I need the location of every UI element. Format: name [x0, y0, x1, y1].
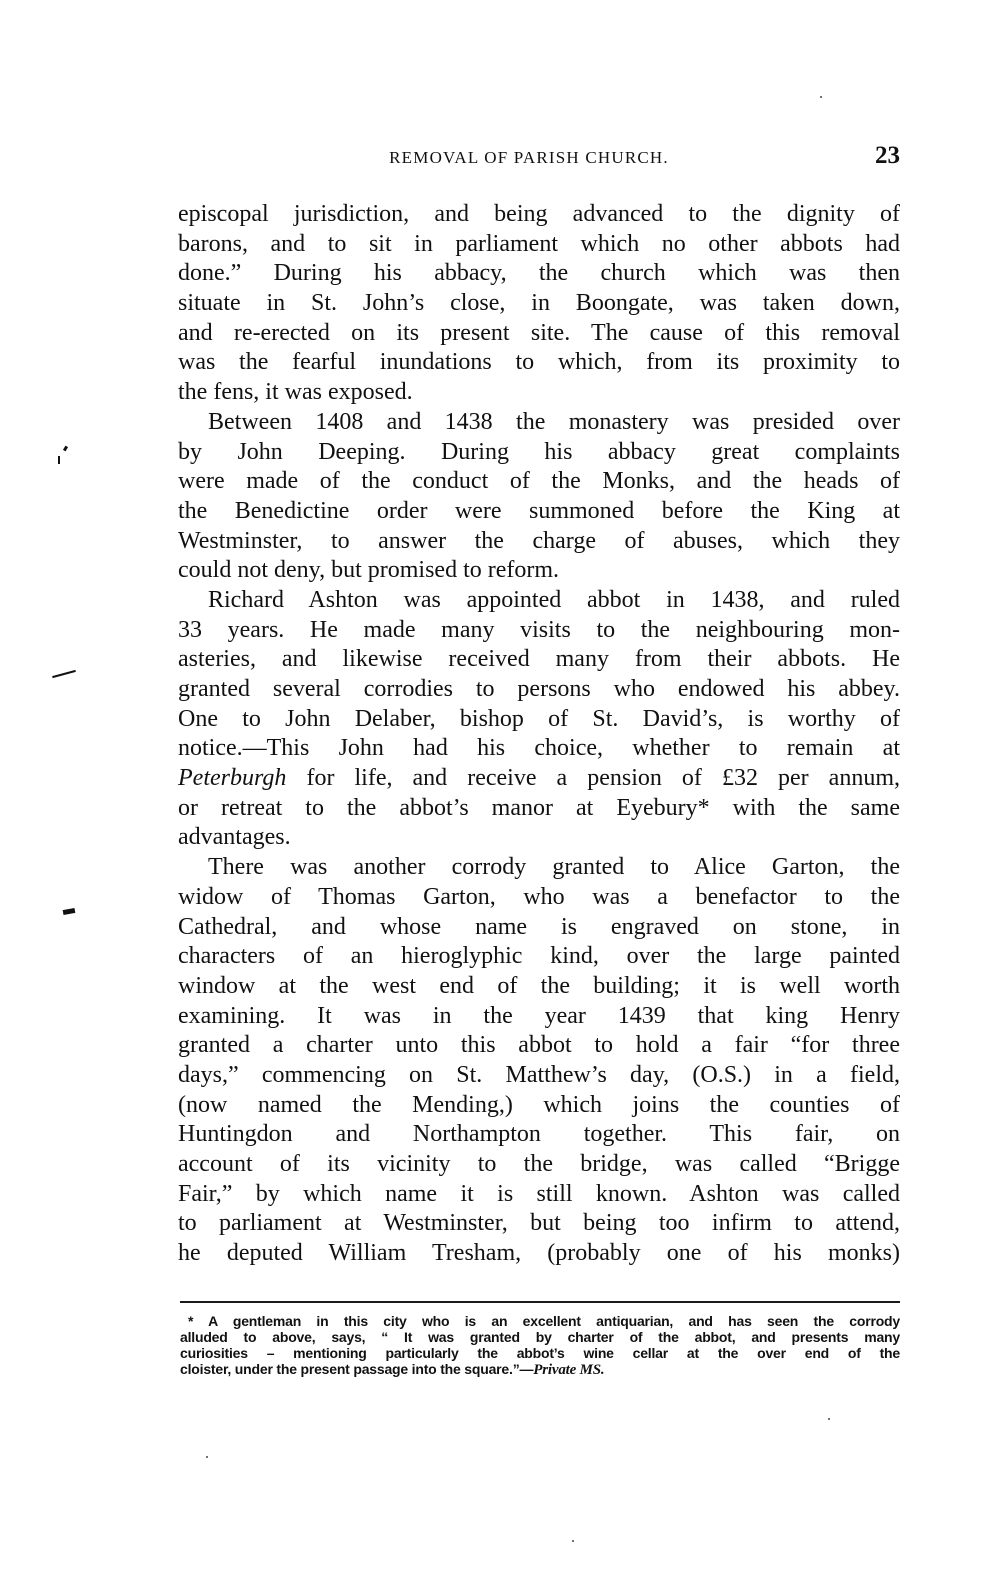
text-line-content: characters of an hieroglyphic kind, over…: [178, 943, 900, 969]
text-line: asteries, and likewise received many fro…: [178, 645, 900, 675]
text-line: barons, and to sit in parliament which n…: [178, 230, 900, 260]
text-line: Westminster, to answer the charge of abu…: [178, 527, 900, 557]
margin-pencil-mark: [58, 456, 60, 464]
text-line: situate in St. John’s close, in Boongate…: [178, 289, 900, 319]
text-line: examining. It was in the year 1439 that …: [178, 1002, 900, 1032]
body-text: episcopal jurisdiction, and being advanc…: [178, 200, 900, 1269]
text-line-content: and re-erected on its present site. The …: [178, 320, 900, 346]
footnote: * A gentleman in this city who is an exc…: [180, 1313, 900, 1377]
text-line-content: could not deny, but promised to reform.: [178, 557, 559, 583]
margin-pencil-mark: [63, 446, 68, 452]
text-line: granted several corrodies to persons who…: [178, 675, 900, 705]
text-line: widow of Thomas Garton, who was a benefa…: [178, 883, 900, 913]
text-line-content: the Benedictine order were summoned befo…: [178, 498, 900, 524]
text-line-content: asteries, and likewise received many fro…: [178, 646, 900, 672]
text-line: could not deny, but promised to reform.: [178, 556, 900, 586]
text-line-content: 33 years. He made many visits to the nei…: [178, 617, 900, 643]
text-line-content: or retreat to the abbot’s manor at Eyebu…: [178, 795, 900, 821]
text-line: notice.—This John had his choice, whethe…: [178, 734, 900, 764]
text-line-content: Richard Ashton was appointed abbot in 14…: [208, 587, 900, 613]
text-line: granted a charter unto this abbot to hol…: [178, 1031, 900, 1061]
text-line: Fair,” by which name it is still known. …: [178, 1180, 900, 1210]
text-line-content: Huntingdon and Northampton together. Thi…: [178, 1121, 900, 1147]
text-line: (now named the Mending,) which joins the…: [178, 1091, 900, 1121]
text-line-content: were made of the conduct of the Monks, a…: [178, 468, 900, 494]
footnote-line: alluded to above, says, “ It was granted…: [180, 1329, 900, 1345]
footnote-line: cloister, under the present passage into…: [180, 1361, 900, 1377]
text-line-content: widow of Thomas Garton, who was a benefa…: [178, 884, 900, 910]
book-page: REMOVAL OF PARISH CHURCH. 23 episcopal j…: [0, 0, 1000, 1596]
text-line-content: episcopal jurisdiction, and being advanc…: [178, 201, 900, 227]
running-title: REMOVAL OF PARISH CHURCH.: [178, 148, 900, 168]
margin-pencil-mark: [52, 670, 76, 678]
text-line: Richard Ashton was appointed abbot in 14…: [178, 586, 900, 616]
text-line-content: by John Deeping. During his abbacy great…: [178, 439, 900, 465]
text-line-content: granted a charter unto this abbot to hol…: [178, 1032, 900, 1058]
text-line: Between 1408 and 1438 the monastery was …: [178, 408, 900, 438]
footnote-rule: [180, 1301, 900, 1303]
text-line: characters of an hieroglyphic kind, over…: [178, 942, 900, 972]
text-line-content: done.” During his abbacy, the church whi…: [178, 260, 900, 286]
speck: [820, 96, 822, 98]
text-line: and re-erected on its present site. The …: [178, 319, 900, 349]
text-line: advantages.: [178, 823, 900, 853]
speck: [206, 1456, 208, 1458]
footnote-line-content: * A gentleman in this city who is an exc…: [188, 1313, 900, 1329]
text-line-content: Between 1408 and 1438 the monastery was …: [208, 409, 900, 435]
footnote-line-content: alluded to above, says, “ It was granted…: [180, 1329, 900, 1345]
page-number: 23: [875, 142, 900, 170]
text-line: episcopal jurisdiction, and being advanc…: [178, 200, 900, 230]
text-line-content: he deputed William Tresham, (probably on…: [178, 1240, 900, 1266]
text-line: Cathedral, and whose name is engraved on…: [178, 913, 900, 943]
text-line-content: Fair,” by which name it is still known. …: [178, 1181, 900, 1207]
text-line: account of its vicinity to the bridge, w…: [178, 1150, 900, 1180]
text-line-content: account of its vicinity to the bridge, w…: [178, 1151, 900, 1177]
text-line-content: for life, and receive a pension of £32 p…: [286, 765, 900, 791]
text-line-content: window at the west end of the building; …: [178, 973, 900, 999]
text-line-content: was the fearful inundations to which, fr…: [178, 349, 900, 375]
text-line: There was another corrody granted to Ali…: [178, 853, 900, 883]
text-line-content: the fens, it was exposed.: [178, 379, 413, 405]
text-line: 33 years. He made many visits to the nei…: [178, 616, 900, 646]
text-line-content: advantages.: [178, 824, 291, 850]
text-line: was the fearful inundations to which, fr…: [178, 348, 900, 378]
margin-pencil-mark: [63, 908, 76, 915]
footnote-line-content: cloister, under the present passage into…: [180, 1361, 533, 1377]
footnote-line: curiosities – mentioning particularly th…: [180, 1345, 900, 1361]
text-line-content: Cathedral, and whose name is engraved on…: [178, 914, 900, 940]
footnote-line-content: curiosities – mentioning particularly th…: [180, 1345, 900, 1361]
text-line: or retreat to the abbot’s manor at Eyebu…: [178, 794, 900, 824]
text-line: the fens, it was exposed.: [178, 378, 900, 408]
running-head: REMOVAL OF PARISH CHURCH. 23: [178, 144, 900, 174]
text-line: Huntingdon and Northampton together. Thi…: [178, 1120, 900, 1150]
text-line-content: barons, and to sit in parliament which n…: [178, 231, 900, 257]
footnote-source: Private MS.: [533, 1362, 604, 1378]
speck: [572, 1540, 574, 1542]
text-line-content: (now named the Mending,) which joins the…: [178, 1092, 900, 1118]
text-line: Peterburgh for life, and receive a pensi…: [178, 764, 900, 794]
text-line-content: to parliament at Westminster, but being …: [178, 1210, 900, 1236]
italic-word: Peterburgh: [178, 765, 286, 791]
text-line-content: There was another corrody granted to Ali…: [208, 854, 900, 880]
text-line-content: situate in St. John’s close, in Boongate…: [178, 290, 900, 316]
footnote-line: * A gentleman in this city who is an exc…: [180, 1313, 900, 1329]
text-line: he deputed William Tresham, (probably on…: [178, 1239, 900, 1269]
text-line: done.” During his abbacy, the church whi…: [178, 259, 900, 289]
speck: [828, 1418, 830, 1420]
text-line: days,” commencing on St. Matthew’s day, …: [178, 1061, 900, 1091]
text-line: One to John Delaber, bishop of St. David…: [178, 705, 900, 735]
text-line: the Benedictine order were summoned befo…: [178, 497, 900, 527]
text-line-content: notice.—This John had his choice, whethe…: [178, 735, 900, 761]
text-line-content: examining. It was in the year 1439 that …: [178, 1003, 900, 1029]
text-line-content: One to John Delaber, bishop of St. David…: [178, 706, 900, 732]
text-line: by John Deeping. During his abbacy great…: [178, 438, 900, 468]
text-line: were made of the conduct of the Monks, a…: [178, 467, 900, 497]
text-line-content: days,” commencing on St. Matthew’s day, …: [178, 1062, 900, 1088]
text-line-content: Westminster, to answer the charge of abu…: [178, 528, 900, 554]
text-line: to parliament at Westminster, but being …: [178, 1209, 900, 1239]
text-line-content: granted several corrodies to persons who…: [178, 676, 900, 702]
text-line: window at the west end of the building; …: [178, 972, 900, 1002]
